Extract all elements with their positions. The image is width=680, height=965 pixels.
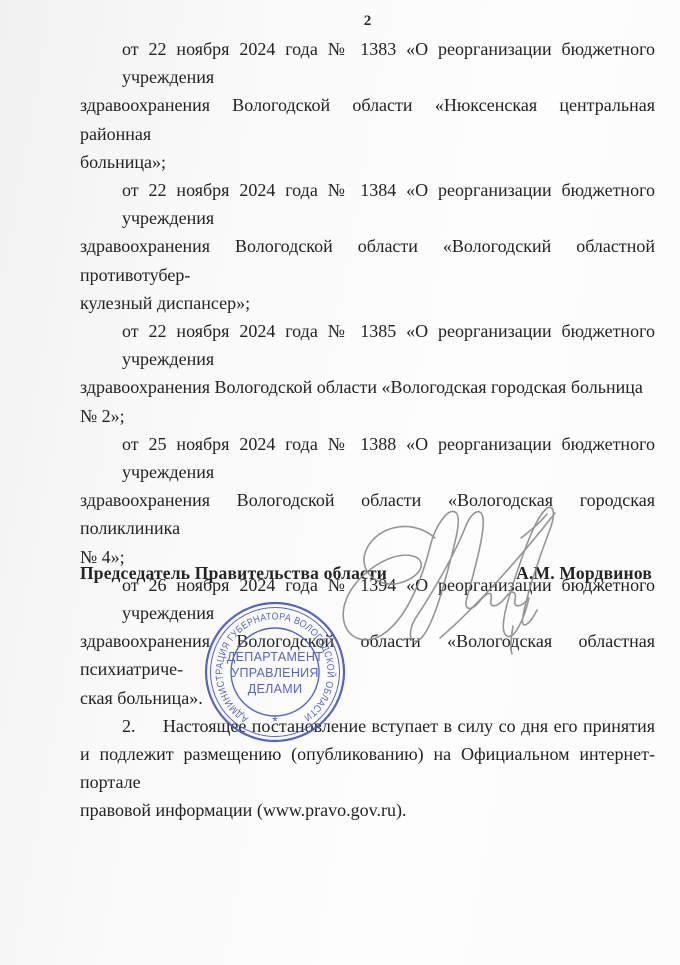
document-line: от 22 ноября 2024 года № 1383 «О реорган…: [80, 35, 655, 91]
document-line: от 22 ноября 2024 года № 1385 «О реорган…: [80, 317, 655, 373]
stamp-star: *: [272, 713, 278, 729]
paragraph: от 22 ноября 2024 года № 1383 «О реорган…: [80, 35, 655, 176]
stamp-center-line-1: ДЕПАРТАМЕНТ: [227, 650, 323, 664]
document-line: и подлежит размещению (опубликованию) на…: [80, 740, 655, 796]
document-body: от 22 ноября 2024 года № 1383 «О реорган…: [80, 35, 655, 825]
document-line: здравоохранения Вологодской области «Нюк…: [80, 91, 655, 147]
document-line: кулезный диспансер»;: [80, 289, 655, 317]
document-line: правовой информации (www.pravo.gov.ru).: [80, 796, 655, 824]
stamp-center-line-2: УПРАВЛЕНИЯ: [231, 666, 319, 680]
signature-stroke: [511, 626, 513, 654]
document-line: здравоохранения Вологодской области «Вол…: [80, 232, 655, 288]
document-line: ская больница».: [80, 684, 655, 712]
paragraph: 2. Настоящее постановление вступает в си…: [80, 712, 655, 825]
page-number: 2: [80, 13, 655, 30]
handwritten-signature: [335, 498, 565, 663]
paragraph: от 22 ноября 2024 года № 1384 «О реорган…: [80, 176, 655, 317]
document-line: от 25 ноября 2024 года № 1388 «О реорган…: [80, 430, 655, 486]
paragraph: от 22 ноября 2024 года № 1385 «О реорган…: [80, 317, 655, 430]
document-line: 2. Настоящее постановление вступает в си…: [80, 712, 655, 740]
stamp-center-line-3: ДЕЛАМИ: [248, 682, 303, 696]
document-line: от 22 ноября 2024 года № 1384 «О реорган…: [80, 176, 655, 232]
signature-stroke: [503, 507, 553, 636]
signature-stroke: [466, 592, 529, 608]
document-line: здравоохранения Вологодской области «Вол…: [80, 373, 655, 429]
signature-stroke: [343, 526, 435, 639]
document-line: больница»;: [80, 148, 655, 176]
official-stamp: АДМИНИСТРАЦИЯ ГУБЕРНАТОРА ВОЛОГОДСКОЙ ОБ…: [200, 597, 350, 747]
